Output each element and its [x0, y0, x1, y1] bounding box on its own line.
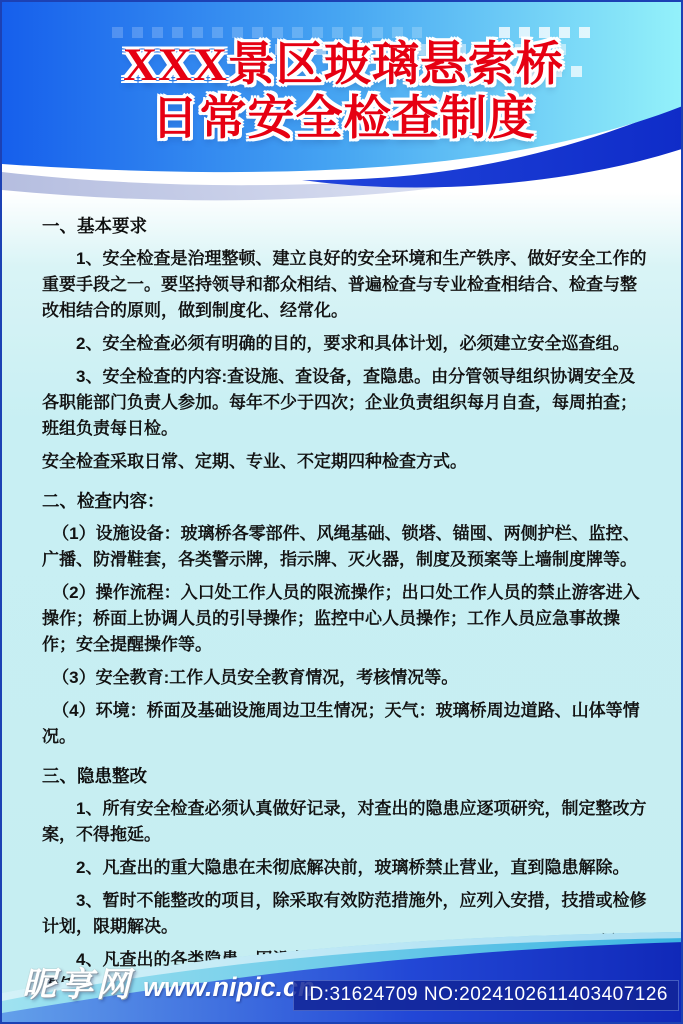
document-body: 一、基本要求 1、安全检查是治理整顿、建立良好的安全环境和生产铁序、做好安全工作…	[42, 200, 648, 1006]
paragraph: 1、安全检查是治理整顿、建立良好的安全环境和生产铁序、做好安全工作的重要手段之一…	[42, 246, 648, 324]
section-inspection-content: 二、检查内容： （1）设施设备：玻璃桥各零部件、风绳基础、锁塔、锚囤、两侧护栏、…	[42, 488, 648, 750]
watermark-site-url: www.nipic.cn	[143, 972, 315, 1002]
paragraph: 3、安全检查的内容:查设施、查设备，查隐患。由分管领导组织协调安全及各职能部门负…	[42, 364, 648, 442]
paragraph: 1、所有安全检查必须认真做好记录，对查出的隐患应逐项研究，制定整改方案，不得拖延…	[42, 796, 648, 848]
section-heading: 三、隐患整改	[42, 763, 648, 789]
watermark: 昵享网www.nipic.cn	[22, 957, 315, 1006]
image-id-badge: ID:31624709 NO:2024102611403407126	[293, 980, 679, 1011]
paragraph: （3）安全教育:工作人员安全教育情况，考核情况等。	[42, 665, 648, 691]
poster-title-line1: XXX景区玻璃悬索桥	[2, 38, 683, 92]
section-heading: 一、基本要求	[42, 213, 648, 239]
section-basic-requirements: 一、基本要求 1、安全检查是治理整顿、建立良好的安全环境和生产铁序、做好安全工作…	[42, 213, 648, 475]
section-heading: 二、检查内容：	[42, 488, 648, 514]
dotted-squares-row	[499, 27, 591, 38]
paragraph: （4）环境：桥面及基础设施周边卫生情况；天气：玻璃桥周边道路、山体等情况。	[42, 698, 648, 750]
paragraph: 安全检查采取日常、定期、专业、不定期四种检查方式。	[42, 449, 648, 475]
safety-regulation-poster: XXX景区玻璃悬索桥 日常安全检查制度 一、基本要求 1、安全检查是治理整顿、建…	[0, 0, 683, 1024]
poster-title: XXX景区玻璃悬索桥 日常安全检查制度	[2, 38, 683, 146]
header-banner: XXX景区玻璃悬索桥 日常安全检查制度	[2, 2, 683, 232]
paragraph: 2、安全检查必须有明确的目的，要求和具体计划，必须建立安全巡查组。	[42, 331, 648, 357]
poster-title-line2: 日常安全检查制度	[2, 92, 683, 146]
footer-banner: 昵享网www.nipic.cn ID:31624709 NO:202410261…	[2, 898, 683, 1022]
dotted-squares-row	[112, 27, 422, 38]
paragraph: 2、凡查出的重大隐患在未彻底解决前，玻璃桥禁止营业，直到隐患解除。	[42, 855, 648, 881]
paragraph: （2）操作流程：入口处工作人员的限流操作；出口处工作人员的禁止游客进入操作；桥面…	[42, 580, 648, 658]
paragraph: （1）设施设备：玻璃桥各零部件、风绳基础、锁塔、锚囤、两侧护栏、监控、广播、防滑…	[42, 521, 648, 573]
watermark-site-name: 昵享网	[22, 966, 133, 1004]
